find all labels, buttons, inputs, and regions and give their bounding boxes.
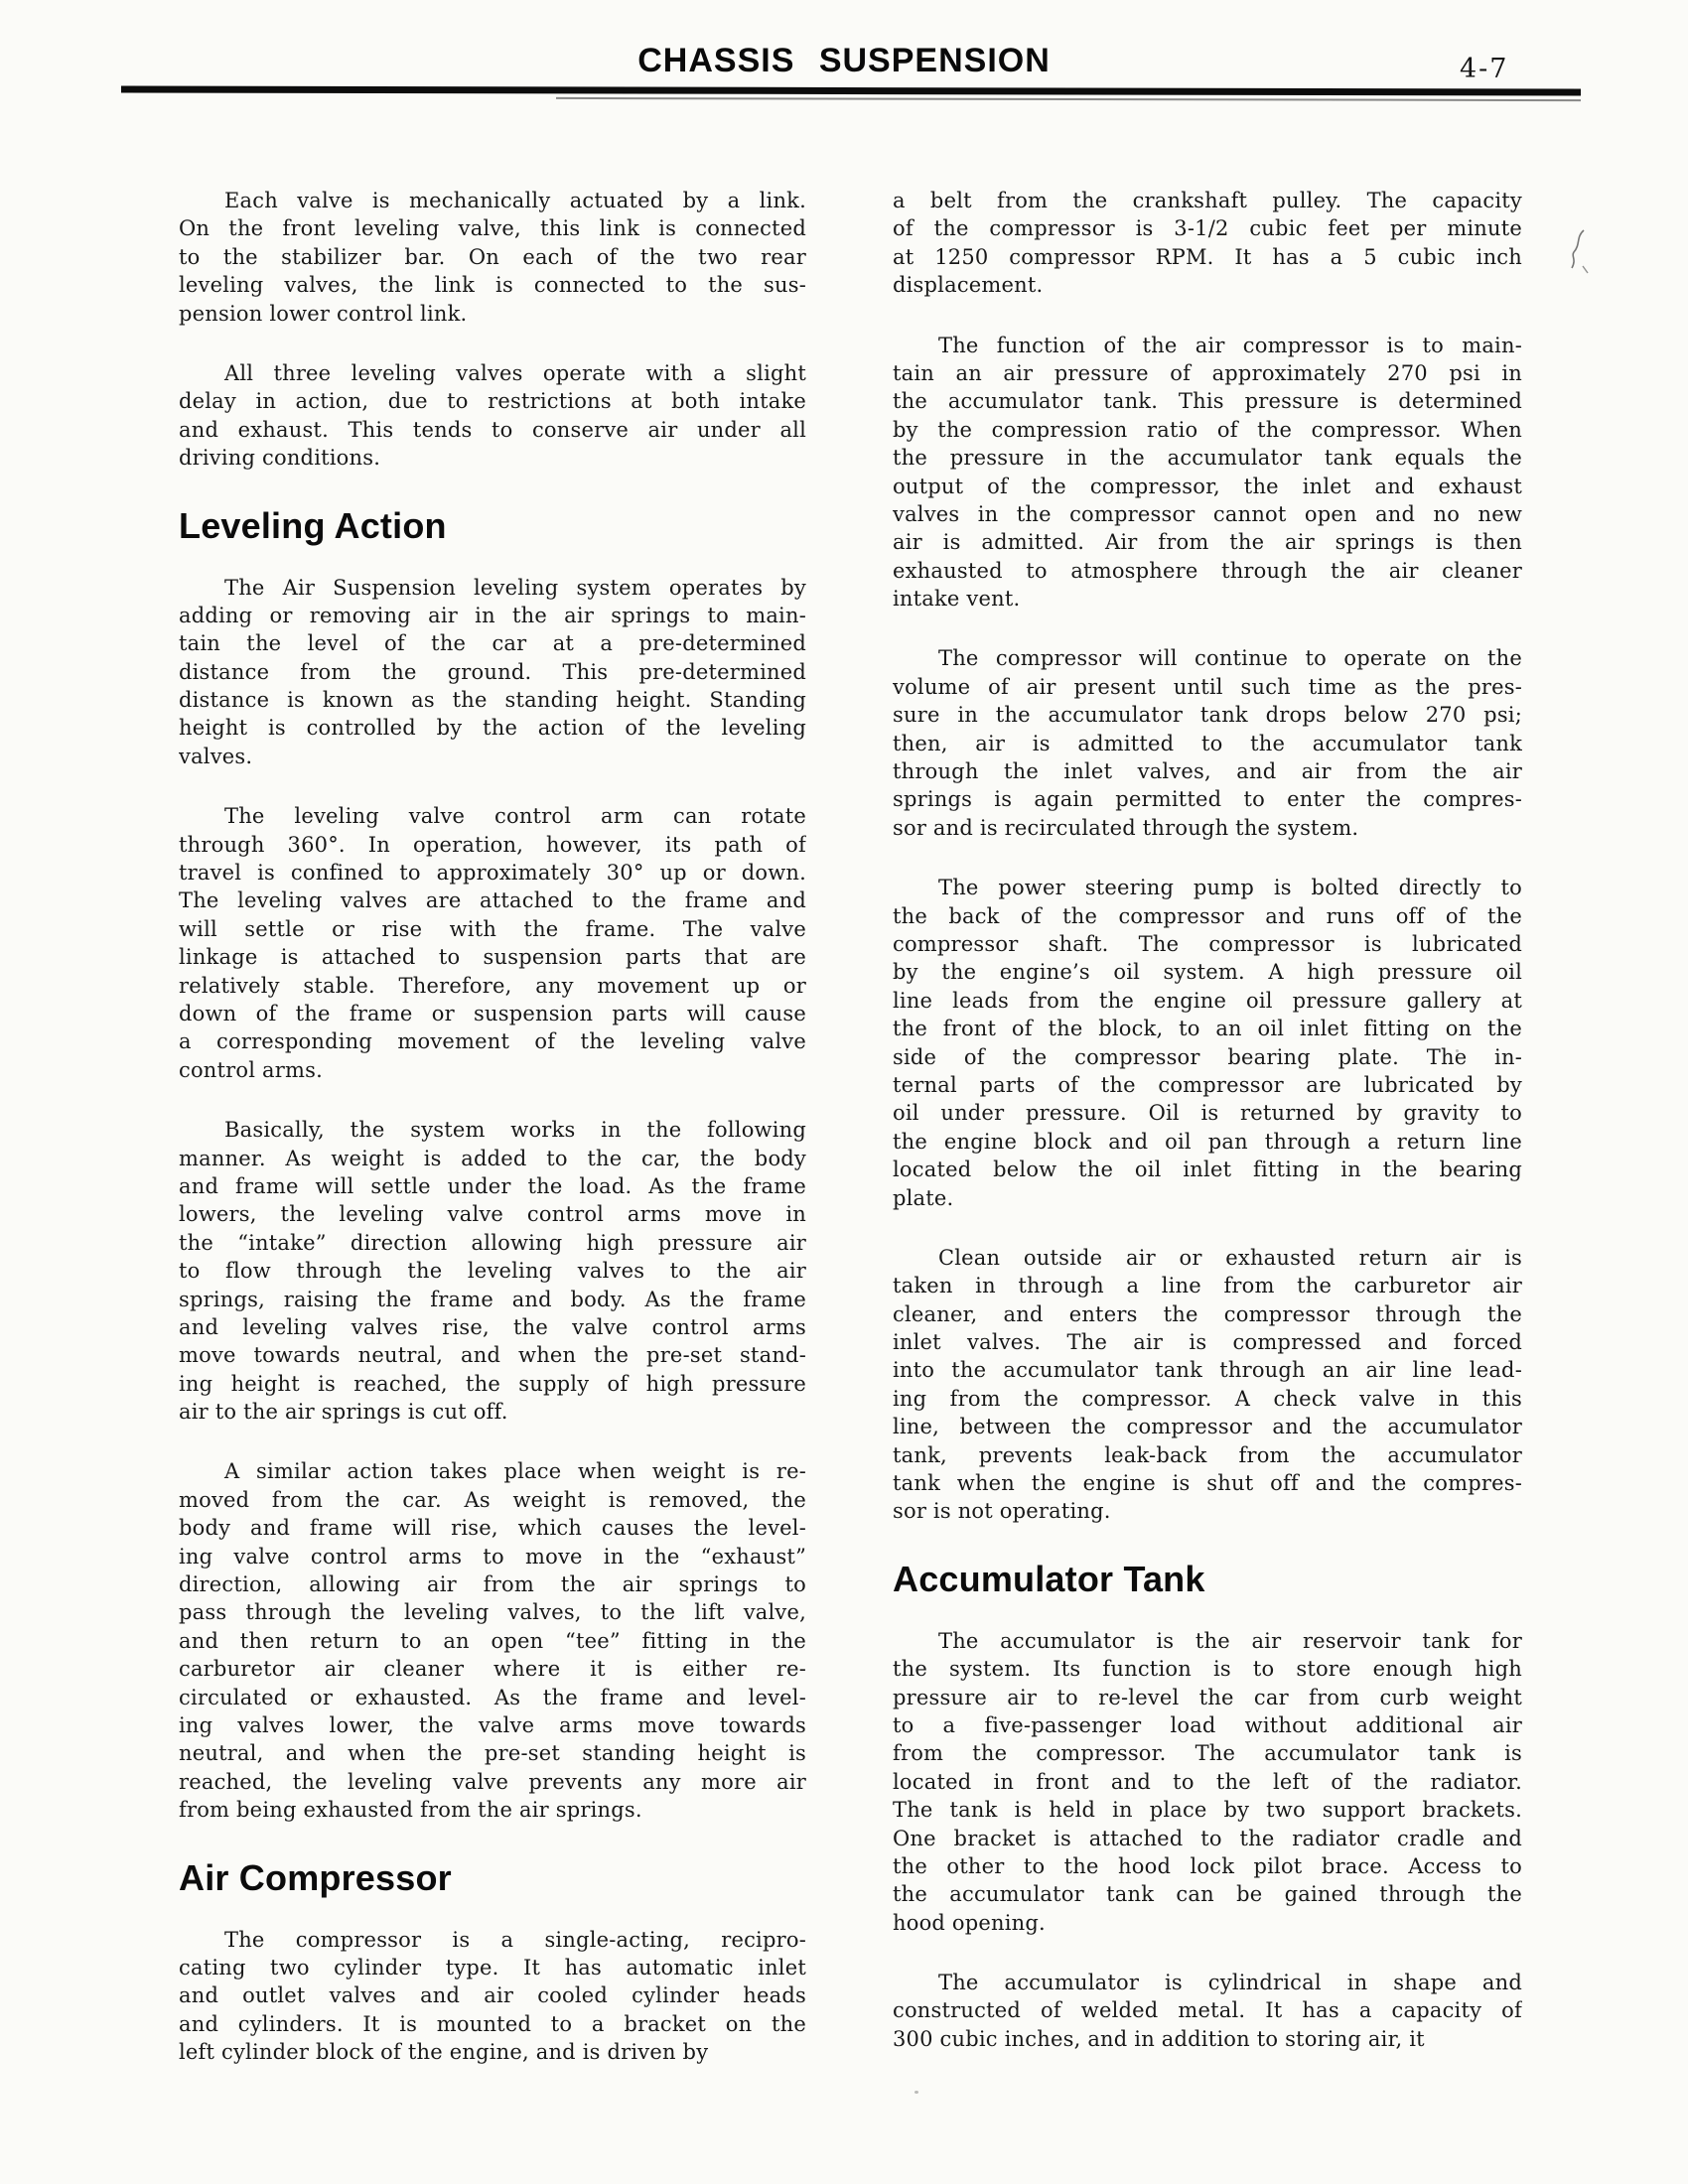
text-line: direction, allowing air from the air spr…	[179, 1570, 806, 1598]
text-line: lowers, the leveling valve control arms …	[179, 1200, 806, 1228]
right-column: a belt from the crankshaft pulley. The c…	[893, 187, 1522, 2085]
text-line: the accumulator tank. This pressure is d…	[893, 387, 1522, 415]
text-line: linkage is attached to suspension parts …	[179, 943, 806, 971]
scan-speck	[914, 2091, 918, 2094]
text-line: springs is again permitted to enter the …	[893, 785, 1522, 813]
paragraph: The leveling valve control arm can rotat…	[179, 802, 806, 1084]
paragraph: A similar action takes place when weight…	[179, 1457, 806, 1824]
text-line: by the engine’s oil system. A high press…	[893, 958, 1522, 986]
text-line: and outlet valves and air cooled cylinde…	[179, 1981, 806, 2009]
text-line: The leveling valve control arm can rotat…	[179, 802, 806, 830]
text-line: sure in the accumulator tank drops below…	[893, 701, 1522, 729]
text-line: the system. Its function is to store eno…	[893, 1655, 1522, 1683]
text-line: line leads from the engine oil pressure …	[893, 987, 1522, 1015]
text-line: relatively stable. Therefore, any moveme…	[179, 972, 806, 1000]
text-line: The accumulator is cylindrical in shape …	[893, 1969, 1522, 1996]
text-line: All three leveling valves operate with a…	[179, 359, 806, 387]
paragraph: The accumulator is the air reservoir tan…	[893, 1627, 1522, 1937]
paragraph: The power steering pump is bolted direct…	[893, 874, 1522, 1212]
text-line: line, between the compressor and the acc…	[893, 1413, 1522, 1440]
text-line: travel is confined to approximately 30° …	[179, 859, 806, 887]
text-line: ing valve control arms to move in the “e…	[179, 1543, 806, 1570]
text-line: hood opening.	[893, 1909, 1522, 1937]
text-line: ing from the compressor. A check valve i…	[893, 1385, 1522, 1413]
text-line: valves.	[179, 743, 806, 770]
text-line: ing valves lower, the valve arms move to…	[179, 1711, 806, 1739]
text-line: delay in action, due to restrictions at …	[179, 387, 806, 415]
text-line: distance is known as the standing height…	[179, 686, 806, 714]
header-rule	[121, 85, 1581, 95]
text-line: control arms.	[179, 1056, 806, 1084]
text-line: The compressor will continue to operate …	[893, 644, 1522, 672]
text-line: and exhaust. This tends to conserve air …	[179, 416, 806, 444]
section-heading: Accumulator Tank	[893, 1558, 1522, 1601]
text-line: moved from the car. As weight is removed…	[179, 1486, 806, 1514]
text-line: tain the level of the car at a pre-deter…	[179, 629, 806, 657]
pen-mark-icon	[1565, 228, 1593, 276]
text-line: A similar action takes place when weight…	[179, 1457, 806, 1485]
text-line: side of the compressor bearing plate. Th…	[893, 1043, 1522, 1071]
text-line: Each valve is mechanically actuated by a…	[179, 187, 806, 214]
text-line: compressor shaft. The compressor is lubr…	[893, 930, 1522, 958]
paragraph: The compressor will continue to operate …	[893, 644, 1522, 842]
text-line: tain an air pressure of approximately 27…	[893, 359, 1522, 387]
text-line: Basically, the system works in the follo…	[179, 1116, 806, 1144]
text-line: the engine block and oil pan through a r…	[893, 1128, 1522, 1156]
paragraph: Basically, the system works in the follo…	[179, 1116, 806, 1426]
section-heading: Air Compressor	[179, 1856, 806, 1900]
paragraph: Clean outside air or exhausted return ai…	[893, 1244, 1522, 1526]
text-line: leveling valves, the link is connected t…	[179, 271, 806, 299]
text-line: air is admitted. Air from the air spring…	[893, 528, 1522, 556]
paragraph: a belt from the crankshaft pulley. The c…	[893, 187, 1522, 300]
text-line: The accumulator is the air reservoir tan…	[893, 1627, 1522, 1655]
text-line: ing height is reached, the supply of hig…	[179, 1370, 806, 1398]
text-line: left cylinder block of the engine, and i…	[179, 2038, 806, 2066]
text-line: a corresponding movement of the leveling…	[179, 1027, 806, 1055]
text-line: cating two cylinder type. It has automat…	[179, 1954, 806, 1981]
text-line: air to the air springs is cut off.	[179, 1398, 806, 1426]
text-line: driving conditions.	[179, 444, 806, 472]
text-line: volume of air present until such time as…	[893, 673, 1522, 701]
paragraph: All three leveling valves operate with a…	[179, 359, 806, 473]
text-line: located in front and to the left of the …	[893, 1768, 1522, 1796]
scan-speck	[1456, 1049, 1459, 1052]
text-line: through the inlet valves, and air from t…	[893, 757, 1522, 785]
text-line: valves in the compressor cannot open and…	[893, 500, 1522, 528]
text-line: the back of the compressor and runs off …	[893, 902, 1522, 930]
text-line: The tank is held in place by two support…	[893, 1796, 1522, 1824]
text-line: and then return to an open “tee” fitting…	[179, 1627, 806, 1655]
text-line: the “intake” direction allowing high pre…	[179, 1229, 806, 1257]
text-line: to a five-passenger load without additio…	[893, 1711, 1522, 1739]
text-line: into the accumulator tank through an air…	[893, 1356, 1522, 1384]
text-line: One bracket is attached to the radiator …	[893, 1825, 1522, 1852]
text-line: output of the compressor, the inlet and …	[893, 473, 1522, 500]
page-number: 4-7	[1460, 54, 1549, 84]
text-line: exhausted to atmosphere through the air …	[893, 557, 1522, 585]
text-line: and frame will settle under the load. As…	[179, 1172, 806, 1200]
text-line: from being exhausted from the air spring…	[179, 1796, 806, 1824]
text-line: reached, the leveling valve prevents any…	[179, 1768, 806, 1796]
text-line: The compressor is a single-acting, recip…	[179, 1926, 806, 1954]
text-line: sor and is recirculated through the syst…	[893, 814, 1522, 842]
text-line: pension lower control link.	[179, 300, 806, 328]
text-line: body and frame will rise, which causes t…	[179, 1514, 806, 1542]
section-heading: Leveling Action	[179, 504, 806, 548]
text-line: to the stabilizer bar. On each of the tw…	[179, 243, 806, 271]
text-line: intake vent.	[893, 585, 1522, 613]
text-line: The leveling valves are attached to the …	[179, 887, 806, 914]
left-column: Each valve is mechanically actuated by a…	[179, 187, 806, 2098]
text-line: will settle or rise with the frame. The …	[179, 915, 806, 943]
manual-page: CHASSIS SUSPENSION 4-7 Each valve is mec…	[0, 0, 1688, 2184]
text-line: height is controlled by the action of th…	[179, 714, 806, 742]
text-line: to flow through the leveling valves to t…	[179, 1257, 806, 1285]
text-line: the accumulator tank can be gained throu…	[893, 1880, 1522, 1908]
text-line: and leveling valves rise, the valve cont…	[179, 1313, 806, 1341]
paragraph: The compressor is a single-acting, recip…	[179, 1926, 806, 2067]
paragraph: The function of the air compressor is to…	[893, 332, 1522, 614]
paragraph: The Air Suspension leveling system opera…	[179, 574, 806, 771]
text-line: cleaner, and enters the compressor throu…	[893, 1300, 1522, 1328]
text-line: 300 cubic inches, and in addition to sto…	[893, 2025, 1522, 2053]
text-line: the pressure in the accumulator tank equ…	[893, 444, 1522, 472]
text-line: of the compressor is 3-1/2 cubic feet pe…	[893, 214, 1522, 242]
text-line: taken in through a line from the carbure…	[893, 1272, 1522, 1299]
text-line: pressure air to re-level the car from cu…	[893, 1684, 1522, 1711]
text-line: move towards neutral, and when the pre-s…	[179, 1341, 806, 1369]
text-line: On the front leveling valve, this link i…	[179, 214, 806, 242]
text-line: tank, prevents leak-back from the accumu…	[893, 1441, 1522, 1469]
text-line: then, air is admitted to the accumulator…	[893, 730, 1522, 757]
text-line: the front of the block, to an oil inlet …	[893, 1015, 1522, 1042]
text-line: at 1250 compressor RPM. It has a 5 cubic…	[893, 243, 1522, 271]
text-line: manner. As weight is added to the car, t…	[179, 1145, 806, 1172]
text-line: circulated or exhausted. As the frame an…	[179, 1684, 806, 1711]
text-line: located below the oil inlet fitting in t…	[893, 1156, 1522, 1183]
header-rule-ghost	[556, 97, 1581, 101]
text-line: neutral, and when the pre-set standing h…	[179, 1739, 806, 1767]
text-line: through 360°. In operation, however, its…	[179, 831, 806, 859]
text-line: from the compressor. The accumulator tan…	[893, 1739, 1522, 1767]
text-line: carburetor air cleaner where it is eithe…	[179, 1655, 806, 1683]
text-line: by the compression ratio of the compress…	[893, 416, 1522, 444]
text-line: displacement.	[893, 271, 1522, 299]
text-line: down of the frame or suspension parts wi…	[179, 1000, 806, 1027]
text-line: distance from the ground. This pre-deter…	[179, 658, 806, 686]
text-line: The Air Suspension leveling system opera…	[179, 574, 806, 602]
text-line: Clean outside air or exhausted return ai…	[893, 1244, 1522, 1272]
text-line: oil under pressure. Oil is returned by g…	[893, 1099, 1522, 1127]
text-line: constructed of welded metal. It has a ca…	[893, 1996, 1522, 2024]
text-line: ternal parts of the compressor are lubri…	[893, 1071, 1522, 1099]
text-line: plate.	[893, 1184, 1522, 1212]
paragraph: Each valve is mechanically actuated by a…	[179, 187, 806, 328]
page-title: CHASSIS SUSPENSION	[0, 42, 1688, 80]
text-line: springs, raising the frame and body. As …	[179, 1286, 806, 1313]
text-line: tank when the engine is shut off and the…	[893, 1469, 1522, 1497]
text-line: The function of the air compressor is to…	[893, 332, 1522, 359]
text-line: pass through the leveling valves, to the…	[179, 1598, 806, 1626]
text-line: the other to the hood lock pilot brace. …	[893, 1852, 1522, 1880]
text-line: The power steering pump is bolted direct…	[893, 874, 1522, 901]
paragraph: The accumulator is cylindrical in shape …	[893, 1969, 1522, 2053]
text-line: adding or removing air in the air spring…	[179, 602, 806, 629]
text-line: sor is not operating.	[893, 1497, 1522, 1525]
text-line: inlet valves. The air is compressed and …	[893, 1328, 1522, 1356]
text-line: and cylinders. It is mounted to a bracke…	[179, 2010, 806, 2038]
text-line: a belt from the crankshaft pulley. The c…	[893, 187, 1522, 214]
